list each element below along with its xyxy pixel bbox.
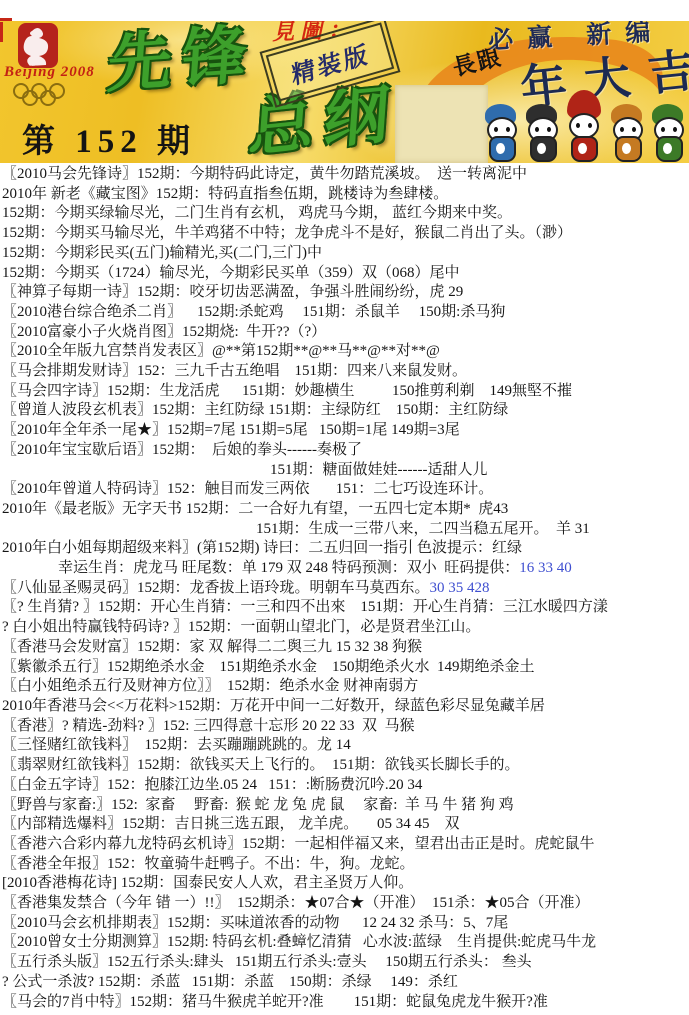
text-line: 〖三怪赌红欲钱料〗 152期：去买蹦蹦跳跳的。龙 14 (2, 736, 689, 756)
text-line: 〖2010年全年杀一尾★〗152期=7尾 151期=5尾 150期=1尾 149… (2, 421, 689, 441)
title-main: 先锋 (105, 23, 259, 97)
text-line: 〖野兽与家畜:〗152: 家畜 野畜: 猴 蛇 龙 兔 虎 鼠 家畜: 羊 马 … (2, 796, 689, 816)
text-line: 〖香港集发禁合（今年 错 一）!!〗 152期杀：★07合★（开准） 151杀：… (2, 894, 689, 914)
text-line: 〖紫徽杀五行〗152期绝杀水金 151期绝杀水金 150期绝杀火水 149期绝杀… (2, 658, 689, 678)
issue-number-text: 第 152 期 (22, 115, 252, 162)
text-line: 〖香港全年报〗152：牧童骑牛赶鸭子。不出：牛，狗。龙蛇。 (2, 855, 689, 875)
text-line: 〖曾道人波段玄机表〗152期：主红防绿 151期：主绿防红 150期：主红防绿 (2, 401, 689, 421)
text-line: 〖马会排期发财诗〗152：三九千古五绝唱 151期：四来八来鼠发财。 (2, 362, 689, 382)
mascot-yingying-icon (608, 104, 645, 162)
text-line: 〖2010曾女士分期测算〗152期: 特码玄机:叠蟑忆清猜 心水波:蓝绿 生肖提… (2, 933, 689, 953)
text-line: 2010年香港马会<<万花料>152期：万花开中间一二好数开，绿蓝色彩尽显兔藏羊… (2, 697, 689, 717)
text-line: 〖香港六合彩内幕九龙特码玄机诗〗152期：一起相伴福又来，望君出击正是时。虎蛇鼠… (2, 835, 689, 855)
beijing-2008-script: Beijing 2008 (4, 64, 104, 81)
mascot-huanhuan-icon (564, 94, 604, 162)
text-line: 〖马会四字诗〗152期：生龙活虎 151期：妙趣横生 150推剪利剃 149無堅… (2, 382, 689, 402)
text-line: 152期：今期买马输尽光，牛羊鸡猪不中特；龙争虎斗不是好，猴鼠二肖出了头。（渺） (2, 224, 689, 244)
text-line: 〖香港〗? 精选-劲料? 〗152: 三四得意十忘形 20 22 33 双 马猴 (2, 717, 689, 737)
text-line: 〖翡翠财红欲钱料〗152期：欲钱买天上飞行的。 151期：欲钱买长脚长手的。 (2, 756, 689, 776)
content-lines: 〖2010马会先锋诗〗152期：今期特码此诗定，黄牛勿踏荒溪坡。 送一转离泥中2… (2, 165, 689, 1012)
mascots (482, 100, 687, 162)
blank-overlay-box (395, 85, 488, 163)
text-line: 〖2010富豪小子火烧肖图〗152期烧: 牛开??（?） (2, 323, 689, 343)
top-white-strip (0, 0, 689, 21)
text-line: 〖2010马会先锋诗〗152期：今期特码此诗定，黄牛勿踏荒溪坡。 送一转离泥中 (2, 165, 689, 185)
text-line: 151期：糖面做娃娃------适甜人儿 (2, 461, 689, 481)
beijing-olympic-seal-icon (18, 23, 58, 68)
text-line: 〖八仙显圣赐灵码〗152期：龙香拔上语玲珑。明朝车马莫西东。30 35 428 (2, 579, 689, 599)
text-line: 〖2010港台综合绝杀二肖〗 152期:杀蛇鸡 151期：杀鼠羊 150期:杀马… (2, 303, 689, 323)
text-line: 〖2010年宝宝歇后语〗152期： 后娘的拳头------奏极了 (2, 441, 689, 461)
text-line: 2010年 新老《藏宝图》152期：特码直指叁伍期，跳楼诗为叁肆楼。 (2, 185, 689, 205)
lucky-numbers: 30 35 428 (430, 580, 490, 596)
mascot-nini-icon (649, 104, 686, 162)
mascot-beibei-icon (482, 104, 519, 162)
text-line: 〖2010马会玄机排期表〗152期：买味道浓香的动物 12 24 32 杀马：5… (2, 914, 689, 934)
text-line: 〖神算子每期一诗〗152期：咬牙切齿恶满盈，争强斗胜闹纷纷，虎 29 (2, 283, 689, 303)
red-edge-accent-top (0, 18, 12, 21)
red-edge-accent-left (0, 22, 3, 42)
text-line: 152期：今期买绿输尽光，二门生肖有玄机， 鸡虎马今期， 蓝红今期来中奖。 (2, 204, 689, 224)
mascot-jingjing-icon (523, 104, 560, 162)
text-line: 152期：今期彩民买(五门)输精光,买(二门,三门)中 (2, 244, 689, 264)
text-line: 〖五行杀头版〗152五行杀头:肆头 151期五行杀头:壹头 150期五行杀头： … (2, 953, 689, 973)
text-line: 〖2010年曾道人特码诗〗152：触目而发三两依 151：二七巧设连环计。 (2, 480, 689, 500)
text-line: 〖马会的7肖中特〗152期：猪马牛猴虎羊蛇开?准 151期：蛇鼠兔虎龙牛猴开?准 (2, 993, 689, 1013)
text-line: 〖内部精选爆料〗152期：吉日挑三选五跟， 龙羊虎。 05 34 45 双 (2, 815, 689, 835)
text-line: 〖白金五字诗〗152：抱膝江边坐.05 24 151：:断肠费沉吟.20 34 (2, 776, 689, 796)
text-line: 〖白小姐绝杀五行及财神方位〗〗 152期：绝杀水金 财神南弱方 (2, 677, 689, 697)
text-line: 〖? 生肖猜? 〗152期：开心生肖猜：一三和四不出來 151期：开心生肖猜：三… (2, 598, 689, 618)
text-line: [2010香港梅花诗] 152期：国泰民安人人欢，君主圣贤万人仰。 (2, 874, 689, 894)
text-line: 152期：今期买（1724）输尽光，今期彩民买单（359）双（068）尾中 (2, 264, 689, 284)
header-banner: 年大吉 長跟 見圖： 必赢 新编 Beijing 2008 先锋 总纲 第 15… (0, 0, 689, 163)
text-line: 2010年白小姐每期超级来料〗(第152期) 诗曰：二五归回一指引 色波提示：红… (2, 539, 689, 559)
text-line: 2010年《最老版》无字天书 152期：二一合好九有望，一五四七定本期* 虎43 (2, 500, 689, 520)
title-sub: 总纲 (247, 82, 401, 161)
lucky-numbers: 16 33 40 (519, 560, 572, 576)
text-line: 幸运生肖：虎龙马 旺尾数：单 179 双 248 特码预测：双小 旺码提供：16… (2, 559, 689, 579)
text-line: 〖2010全年版九宫禁肖发表区〗@**第152期**@**马**@**对**@ (2, 342, 689, 362)
olympic-rings-icon (12, 82, 72, 113)
text-line: ? 公式一杀波? 152期：杀蓝 151期：杀蓝 150期：杀绿 149：杀红 (2, 973, 689, 993)
text-line: 〖香港马会发财富〗152期：家 双 解得二二舆三九 15 32 38 狗猴 (2, 638, 689, 658)
text-line: ? 白小姐出特赢钱特码诗? 〗152期：一面朝山望北门，必是贤君坐江山。 (2, 618, 689, 638)
text-line: 151期：生成一三带八来，二四当稳五尾开。 羊 31 (2, 520, 689, 540)
